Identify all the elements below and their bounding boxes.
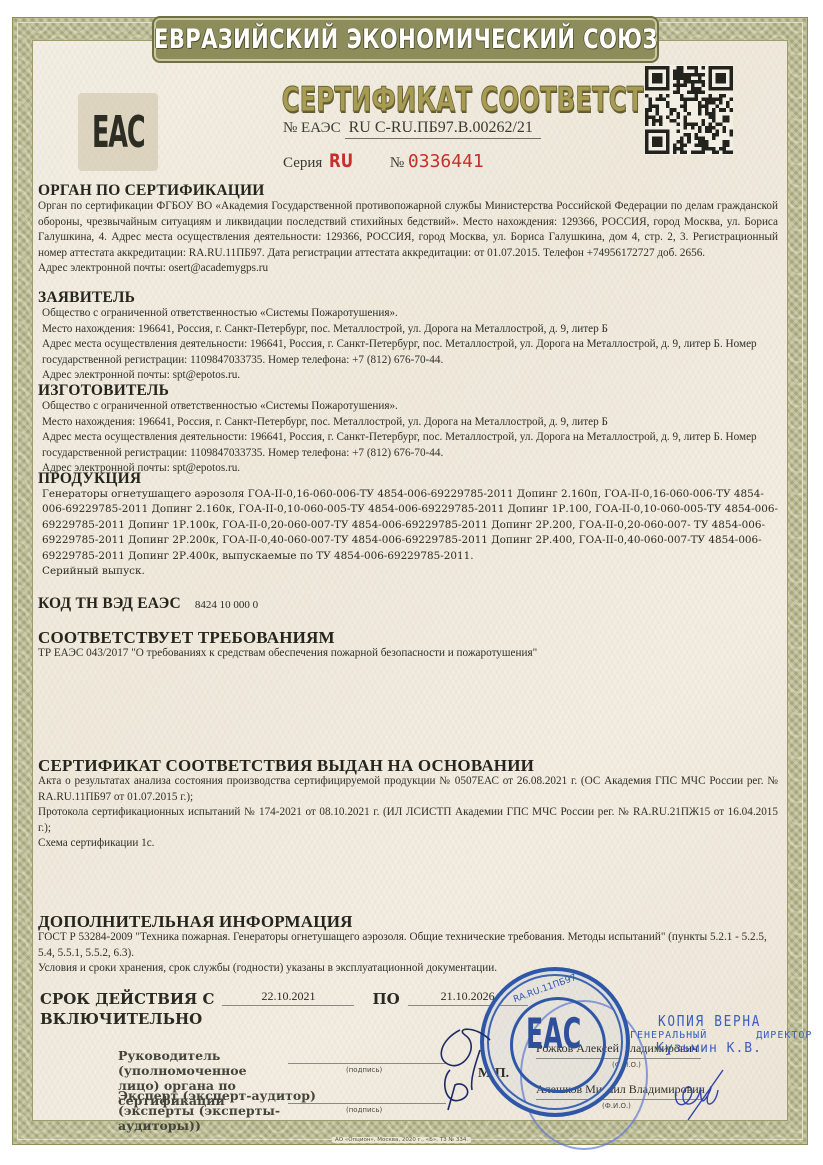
validity-from-date: 22.10.2021 xyxy=(222,989,354,1006)
registration-number-value: RU C-RU.ПБ97.В.00262/21 xyxy=(345,119,541,139)
eac-mark: ЕАС xyxy=(92,107,144,158)
form-number-label: № xyxy=(390,155,404,171)
section-tn-ved: КОД ТН ВЭД ЕАЭС 8424 10 000 0 xyxy=(38,596,778,612)
certification-body-text: Орган по сертификации ФГБОУ ВО «Академия… xyxy=(38,199,778,261)
tn-ved-label: КОД ТН ВЭД ЕАЭС xyxy=(38,596,181,612)
eac-logo-icon: ЕАС xyxy=(78,93,158,171)
union-banner: ЕВРАЗИЙСКИЙ ЭКОНОМИЧЕСКИЙ СОЮЗ xyxy=(152,16,659,63)
applicant-line: Место нахождения: 196641, Россия, г. Сан… xyxy=(42,322,778,338)
printer-note: АО «Опцион», Москва, 2020 г., «Б», ТЗ № … xyxy=(332,1137,471,1143)
series-value: RU xyxy=(329,150,353,172)
section-title: ДОПОЛНИТЕЛЬНАЯ ИНФОРМАЦИЯ xyxy=(38,914,778,930)
section-additional-info: ДОПОЛНИТЕЛЬНАЯ ИНФОРМАЦИЯ ГОСТ Р 53284-2… xyxy=(38,914,778,977)
copy-stamp-title: КОПИЯ ВЕРНА xyxy=(658,1012,789,1030)
section-applicant: ЗАЯВИТЕЛЬ Общество с ограниченной ответс… xyxy=(38,290,778,384)
true-copy-stamp: КОПИЯ ВЕРНА ГЕНЕРАЛЬНЫЙ ДИРЕКТОР Кузьмин… xyxy=(658,1012,812,1056)
copy-stamp-position-2: ДИРЕКТОР xyxy=(756,1030,812,1041)
section-title: СЕРТИФИКАТ СООТВЕТСТВИЯ ВЫДАН НА ОСНОВАН… xyxy=(38,758,778,774)
manufacturer-line: Место нахождения: 196641, Россия, г. Сан… xyxy=(42,415,778,431)
copy-stamp-name: Кузьмин К.В. xyxy=(656,1041,812,1056)
requirements-text: ТР ЕАЭС 043/2017 "О требованиях к средст… xyxy=(38,646,778,661)
validity-period: СРОК ДЕЙСТВИЯ С 22.10.2021 ПО 21.10.2026… xyxy=(40,990,740,1028)
head-label-line1: Руководитель (уполномоченное xyxy=(118,1048,298,1078)
basis-line: Протокола сертификационных испытаний № 1… xyxy=(38,805,778,836)
basis-line: Схема сертификации 1с. xyxy=(38,836,778,852)
series-line: Серия RU № 0336441 xyxy=(283,150,484,172)
products-serial: Серийный выпуск. xyxy=(42,564,778,579)
certification-body-email: Адрес электронной почты: osert@academygp… xyxy=(38,261,778,277)
applicant-line: Адрес места осуществления деятельности: … xyxy=(42,337,778,368)
manufacturer-line: Адрес места осуществления деятельности: … xyxy=(42,430,778,461)
tn-ved-value: 8424 10 000 0 xyxy=(195,599,258,611)
section-title: ОРГАН ПО СЕРТИФИКАЦИИ xyxy=(38,183,778,199)
registration-number-label: № ЕАЭС xyxy=(283,120,341,136)
union-title: ЕВРАЗИЙСКИЙ ЭКОНОМИЧЕСКИЙ СОЮЗ xyxy=(154,24,658,55)
applicant-line: Общество с ограниченной ответственностью… xyxy=(42,306,778,322)
section-title: ЗАЯВИТЕЛЬ xyxy=(38,290,778,306)
certification-seal: RA.RU.11ПБ97 ЕАС xyxy=(480,967,630,1117)
section-products: ПРОДУКЦИЯ Генераторы огнетушащего аэрозо… xyxy=(38,471,778,579)
section-title: ПРОДУКЦИЯ xyxy=(38,471,778,487)
validity-inclusive-label: ВКЛЮЧИТЕЛЬНО xyxy=(40,1010,740,1028)
expert-signature-line xyxy=(288,1103,446,1104)
series-label: Серия xyxy=(283,155,322,171)
registration-number: № ЕАЭС RU C-RU.ПБ97.В.00262/21 xyxy=(283,119,541,139)
head-signature-caption: (подпись) xyxy=(346,1066,382,1074)
seal-eac-mark: ЕАС xyxy=(526,1009,581,1058)
section-certification-body: ОРГАН ПО СЕРТИФИКАЦИИ Орган по сертифика… xyxy=(38,183,778,277)
validity-from-label: СРОК ДЕЙСТВИЯ С xyxy=(40,990,214,1008)
section-manufacturer: ИЗГОТОВИТЕЛЬ Общество с ограниченной отв… xyxy=(38,383,778,477)
manufacturer-line: Общество с ограниченной ответственностью… xyxy=(42,399,778,415)
section-title: ИЗГОТОВИТЕЛЬ xyxy=(38,383,778,399)
additional-line: Условия и сроки хранения, срок службы (г… xyxy=(38,961,778,977)
additional-line: ГОСТ Р 53284-2009 "Техника пожарная. Ген… xyxy=(38,930,778,961)
basis-line: Акта о результатах анализа состояния про… xyxy=(38,774,778,805)
qr-code-icon[interactable] xyxy=(645,65,733,155)
section-requirements: СООТВЕТСТВУЕТ ТРЕБОВАНИЯМ ТР ЕАЭС 043/20… xyxy=(38,630,778,661)
copy-stamp-position: ГЕНЕРАЛЬНЫЙ xyxy=(630,1030,707,1041)
head-signature-line xyxy=(288,1063,446,1064)
form-number-value: 0336441 xyxy=(408,151,484,172)
section-title: СООТВЕТСТВУЕТ ТРЕБОВАНИЯМ xyxy=(38,630,778,646)
expert-signature-caption: (подпись) xyxy=(346,1106,382,1114)
products-text: Генераторы огнетушащего аэрозоля ГОА-II-… xyxy=(42,487,778,564)
section-basis: СЕРТИФИКАТ СООТВЕТСТВИЯ ВЫДАН НА ОСНОВАН… xyxy=(38,758,778,852)
expert-label-line1: Эксперт (эксперт-аудитор) xyxy=(118,1088,348,1103)
document-title: СЕРТИФИКАТ СООТВЕТСТВИЯ xyxy=(200,80,620,120)
expert-label-line2: (эксперты (эксперты-аудиторы)) xyxy=(118,1103,348,1133)
validity-to-label: ПО xyxy=(372,990,399,1008)
